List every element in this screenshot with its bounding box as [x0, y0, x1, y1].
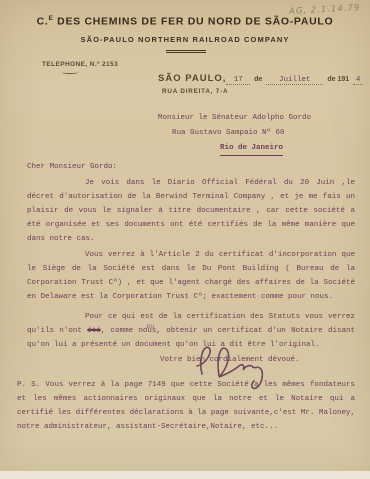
dateline-year-digit: 4: [353, 76, 363, 85]
street-address: RUA DIREITA, 7-A: [162, 88, 228, 95]
recipient-name: Monsieur le Sénateur Adolpho Gordo: [158, 111, 311, 125]
company-subtitle: SÃO-PAULO NORTHERN RAILROAD COMPANY: [0, 35, 370, 44]
dateline-city: SÃO PAULO,: [158, 73, 226, 84]
dateline-sep2: de 191: [323, 76, 353, 83]
closing-line: Votre bien cordialement dévoué.: [160, 353, 300, 367]
dateline: SÃO PAULO, 17 de Juillet de 191 4: [158, 73, 363, 85]
handwritten-correction: pu: [88, 319, 154, 333]
dateline-day: 17: [226, 76, 250, 85]
telephone-underline: [62, 71, 78, 74]
recipient-city: Rio de Janeiro: [220, 141, 283, 156]
salutation: Cher Monsieur Gordo:: [27, 160, 117, 174]
postscript: P. S. Vous verrez à la page 7149 que cet…: [17, 378, 355, 434]
recipient-street: Rua Gustavo Sampaio Nº 60: [172, 126, 285, 140]
dateline-month: Juillet: [266, 76, 323, 85]
struck-out-word: étépu: [87, 327, 101, 335]
dateline-sep1: de: [250, 76, 266, 83]
scanner-edge: [0, 471, 370, 479]
body-paragraph-3: Pour ce qui est de la certification des …: [27, 310, 355, 352]
letter-paper: AG, 2.1.14.79 C.E DES CHEMINS DE FER DU …: [0, 0, 370, 471]
body-paragraph-1: Je vois dans le Diario Official Fédéral …: [27, 176, 355, 246]
company-title: C.E DES CHEMINS DE FER DU NORD DE SÃO-PA…: [0, 15, 370, 28]
company-abbr: C.: [37, 16, 49, 28]
body-paragraph-2: Vous verrez à l'Article 2 du certificat …: [27, 248, 355, 304]
telephone-label: TELEPHONE, N.º 2153: [42, 61, 118, 68]
company-name: DES CHEMINS DE FER DU NORD DE SÃO-PAULO: [54, 16, 334, 28]
header-rule-divider: [166, 50, 206, 53]
